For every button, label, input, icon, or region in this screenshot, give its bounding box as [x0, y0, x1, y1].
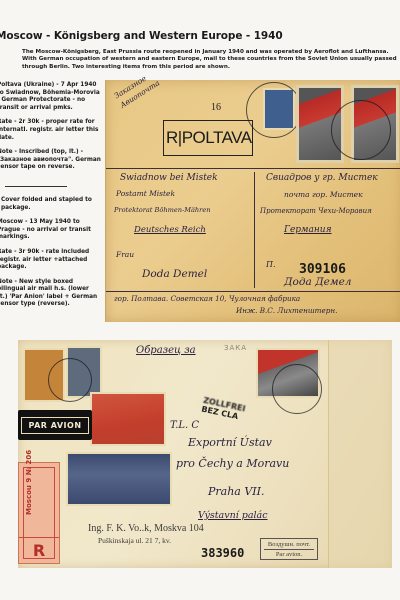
- registration-label-number: № 206: [25, 450, 33, 475]
- censor-handstamp: ZOLLFREI BEZ CLA: [201, 396, 247, 423]
- registration-number: 309106: [299, 262, 346, 277]
- registration-handstamp: R|POLTAVA: [163, 120, 253, 156]
- address-divider: [254, 172, 255, 288]
- airmail-handstamp-ru: Воздушн. почт.: [261, 540, 317, 549]
- registration-number: 383960: [201, 546, 244, 560]
- address-line2: Exportní Ústav: [188, 436, 272, 449]
- address-right-line4: Германия: [284, 225, 332, 235]
- cover-poltava: Заказное Авиопочта 16 R|POLTAVA Swiadnow…: [105, 80, 400, 322]
- postmark-moscow-1: [48, 358, 92, 402]
- note-cover1-rate: Rate - 2r 30k - proper rate for internat…: [0, 119, 101, 142]
- note-cover1-note: Note - Inscribed (top, lt.) - "Заказное …: [0, 149, 101, 172]
- par-avion-label: PAR AVION: [18, 410, 92, 440]
- return-address-rule: [106, 291, 400, 292]
- note-cover1-route: Poltava (Ukraine) - 7 Apr 1940 to Swiadn…: [0, 82, 101, 112]
- registration-city: Moscou: [25, 485, 33, 515]
- address-line3: pro Čechy a Moravu: [176, 457, 289, 470]
- address-rule-top: [106, 168, 400, 169]
- notes-divider: [5, 186, 67, 187]
- address-left-line6: Doda Demel: [142, 268, 207, 280]
- address-right-line3: Протекторат Чехи-Моравия: [260, 207, 372, 215]
- address-right-line5: Дода Демел: [284, 276, 351, 288]
- registration-sub-number: 16: [211, 102, 221, 113]
- intro-paragraph: The Moscow-Königsberg, East Prussia rout…: [22, 49, 400, 71]
- handstamp-top: ЗАКА: [224, 344, 247, 352]
- address-line4: Praha VII.: [208, 485, 265, 498]
- address-left-line5: Frau: [116, 250, 134, 259]
- cover-moscow: PAR AVION Moscou 9 № 206 R Образец за ЗА…: [18, 340, 392, 568]
- note-cover2-folded: Cover folded and stapled to package.: [0, 197, 101, 212]
- page-title: Moscow - Königsberg and Western Europe -…: [0, 30, 283, 42]
- registration-label: Moscou 9 № 206 R: [18, 462, 60, 564]
- postmark: [246, 82, 302, 138]
- airmail-handstamp-fr: Par avion.: [261, 550, 317, 559]
- address-left-line4: Deutsches Reich: [134, 225, 206, 235]
- address-right-line1: Свиадров у гр. Мистек: [266, 173, 378, 183]
- inscription-registered-airmail: Заказное Авиопочта: [112, 68, 162, 111]
- postmark-poltava: [331, 100, 391, 160]
- airmail-handstamp: Воздушн. почт. Par avion.: [260, 538, 318, 560]
- stamp-blue-1r-polar: [66, 452, 172, 506]
- par-avion-text: PAR AVION: [21, 417, 88, 434]
- sender-line1: Ing. F. K. Vo..k, Moskva 104: [88, 523, 204, 535]
- address-left-line3: Protektorat Böhmen-Mähren: [114, 206, 210, 214]
- notes-column: Poltava (Ukraine) - 7 Apr 1940 to Swiadn…: [0, 82, 101, 316]
- registration-label-text: Moscou 9 № 206: [25, 450, 33, 515]
- registration-letter: R: [19, 537, 59, 563]
- address-left-line2: Postamt Mistek: [116, 189, 175, 198]
- sender-handstamp: Ing. F. K. Vo..k, Moskva 104 Puškinskaja…: [88, 523, 204, 547]
- address-right-line2: почта гор. Мистек: [284, 190, 363, 199]
- note-cover2-route: Moscow - 13 May 1940 to Prague - no arri…: [0, 219, 101, 242]
- sender-line2: Puškinskaja ul. 21 7, kv.: [88, 535, 204, 547]
- cover-flap: [328, 340, 392, 568]
- note-cover2-note: Note - New style boxed bilingual air mai…: [0, 279, 101, 309]
- registration-branch: 9: [25, 478, 33, 483]
- return-address-line2: Инж. В.С. Лихтенштерн.: [236, 306, 337, 315]
- address-left-line1: Swiadnow bei Mistek: [120, 173, 218, 183]
- return-address-line1: гор. Полтава. Советская 10, Чулочная фаб…: [114, 294, 300, 303]
- postmark-moscou: [272, 364, 322, 414]
- address-line1: T.L. C: [170, 420, 199, 431]
- registration-prefix: П.: [266, 260, 276, 269]
- note-cover2-rate: Rate - 3r 90k - rate included registr. a…: [0, 249, 101, 272]
- salutation: Образец за: [136, 345, 196, 356]
- stamp-red-1r: [90, 392, 166, 446]
- address-line5: Výstavní palác: [198, 510, 268, 521]
